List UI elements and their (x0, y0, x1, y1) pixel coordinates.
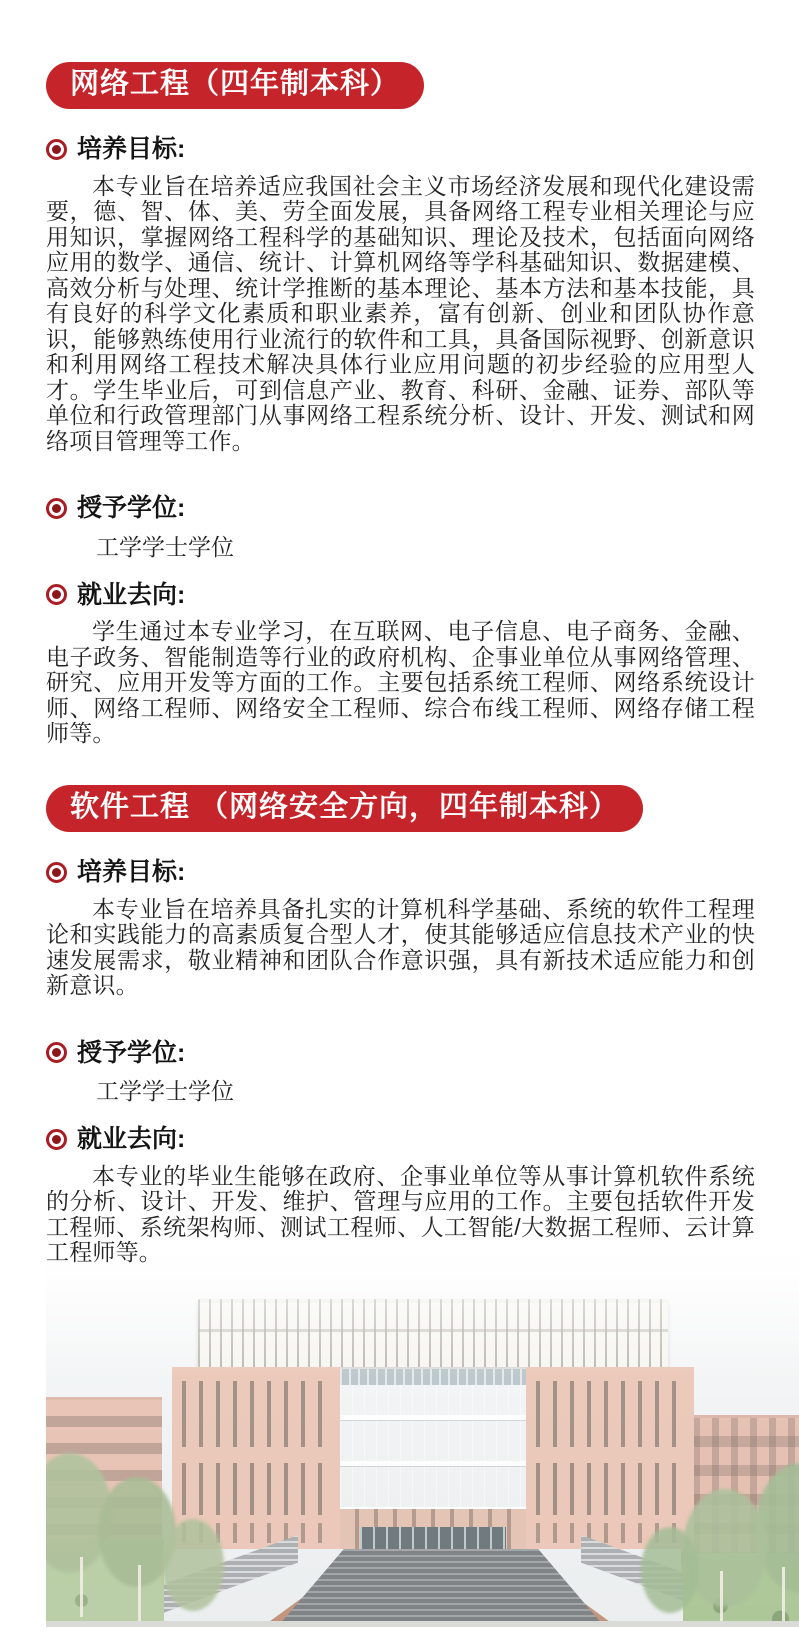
training-objectives-paragraph: 本专业旨在培养适应我国社会主义市场经济发展和现代化建设需要，德、智、体、美、劳全… (46, 174, 755, 455)
brochure-page: { "colors":{ "badge-red":"#c5242a", "bul… (0, 0, 799, 1643)
heading-career-paths: 就业去向: (46, 581, 755, 610)
target-bullet-icon (46, 584, 67, 605)
heading-training-objectives: 培养目标: (46, 858, 755, 887)
degree-awarded-text: 工学学士学位 (46, 1079, 755, 1105)
campus-building-photo (40, 1227, 799, 1627)
window-slits-band (536, 1463, 684, 1515)
tree-left-3 (162, 1519, 224, 1611)
program-title-badge: 软件工程 （网络安全方向，四年制本科） (46, 785, 643, 832)
program-section-network-engineering: 网络工程（四年制本科） 培养目标: 本专业旨在培养适应我国社会主义市场经济发展和… (46, 62, 755, 747)
training-objectives-paragraph: 本专业旨在培养具备扎实的计算机科学基础、系统的软件工程理论和实践能力的高素质复合… (46, 897, 755, 999)
photo-frame (46, 1227, 799, 1627)
window-slits-band (182, 1381, 330, 1447)
heading-label: 培养目标: (77, 135, 185, 164)
target-bullet-icon (46, 1042, 67, 1063)
tree-trunk (80, 1557, 83, 1617)
content-column: 网络工程（四年制本科） 培养目标: 本专业旨在培养适应我国社会主义市场经济发展和… (0, 0, 799, 1266)
heading-label: 培养目标: (77, 858, 185, 887)
heading-label: 授予学位: (77, 494, 185, 523)
heading-degree-awarded: 授予学位: (46, 494, 755, 523)
target-bullet-icon (46, 862, 67, 883)
heading-degree-awarded: 授予学位: (46, 1039, 755, 1068)
career-paths-paragraph: 学生通过本专业学习，在互联网、电子信息、电子商务、金融、电子政务、智能制造等行业… (46, 619, 755, 747)
window-slits-band (182, 1463, 330, 1515)
program-section-software-engineering: 软件工程 （网络安全方向，四年制本科） 培养目标: 本专业旨在培养具备扎实的计算… (46, 747, 755, 1266)
building-tower-right (526, 1367, 694, 1549)
glass-curtain-wall (340, 1369, 526, 1509)
tree-trunk (138, 1565, 141, 1625)
entrance-doors (360, 1527, 506, 1549)
program-title-badge: 网络工程（四年制本科） (46, 62, 424, 109)
tree-trunk (720, 1571, 723, 1627)
target-bullet-icon (46, 139, 67, 160)
program-title-text: 网络工程（四年制本科） (70, 68, 400, 100)
heading-career-paths: 就业去向: (46, 1125, 755, 1154)
heading-training-objectives: 培养目标: (46, 135, 755, 164)
photo-bottom-edge (46, 1621, 799, 1627)
career-paths-paragraph: 本专业的毕业生能够在政府、企事业单位等从事计算机软件系统的分析、设计、开发、维护… (46, 1164, 755, 1266)
tree-trunk (782, 1567, 785, 1627)
tree-right-3 (641, 1527, 699, 1613)
target-bullet-icon (46, 1129, 67, 1150)
building-rooftop-colonnade (198, 1299, 668, 1367)
glass-top-band (340, 1369, 526, 1385)
target-bullet-icon (46, 498, 67, 519)
heading-label: 就业去向: (77, 581, 185, 610)
heading-label: 授予学位: (77, 1039, 185, 1068)
heading-label: 就业去向: (77, 1125, 185, 1154)
window-slits-band (536, 1381, 684, 1447)
degree-awarded-text: 工学学士学位 (46, 535, 755, 561)
program-title-text: 软件工程 （网络安全方向，四年制本科） (70, 791, 619, 823)
